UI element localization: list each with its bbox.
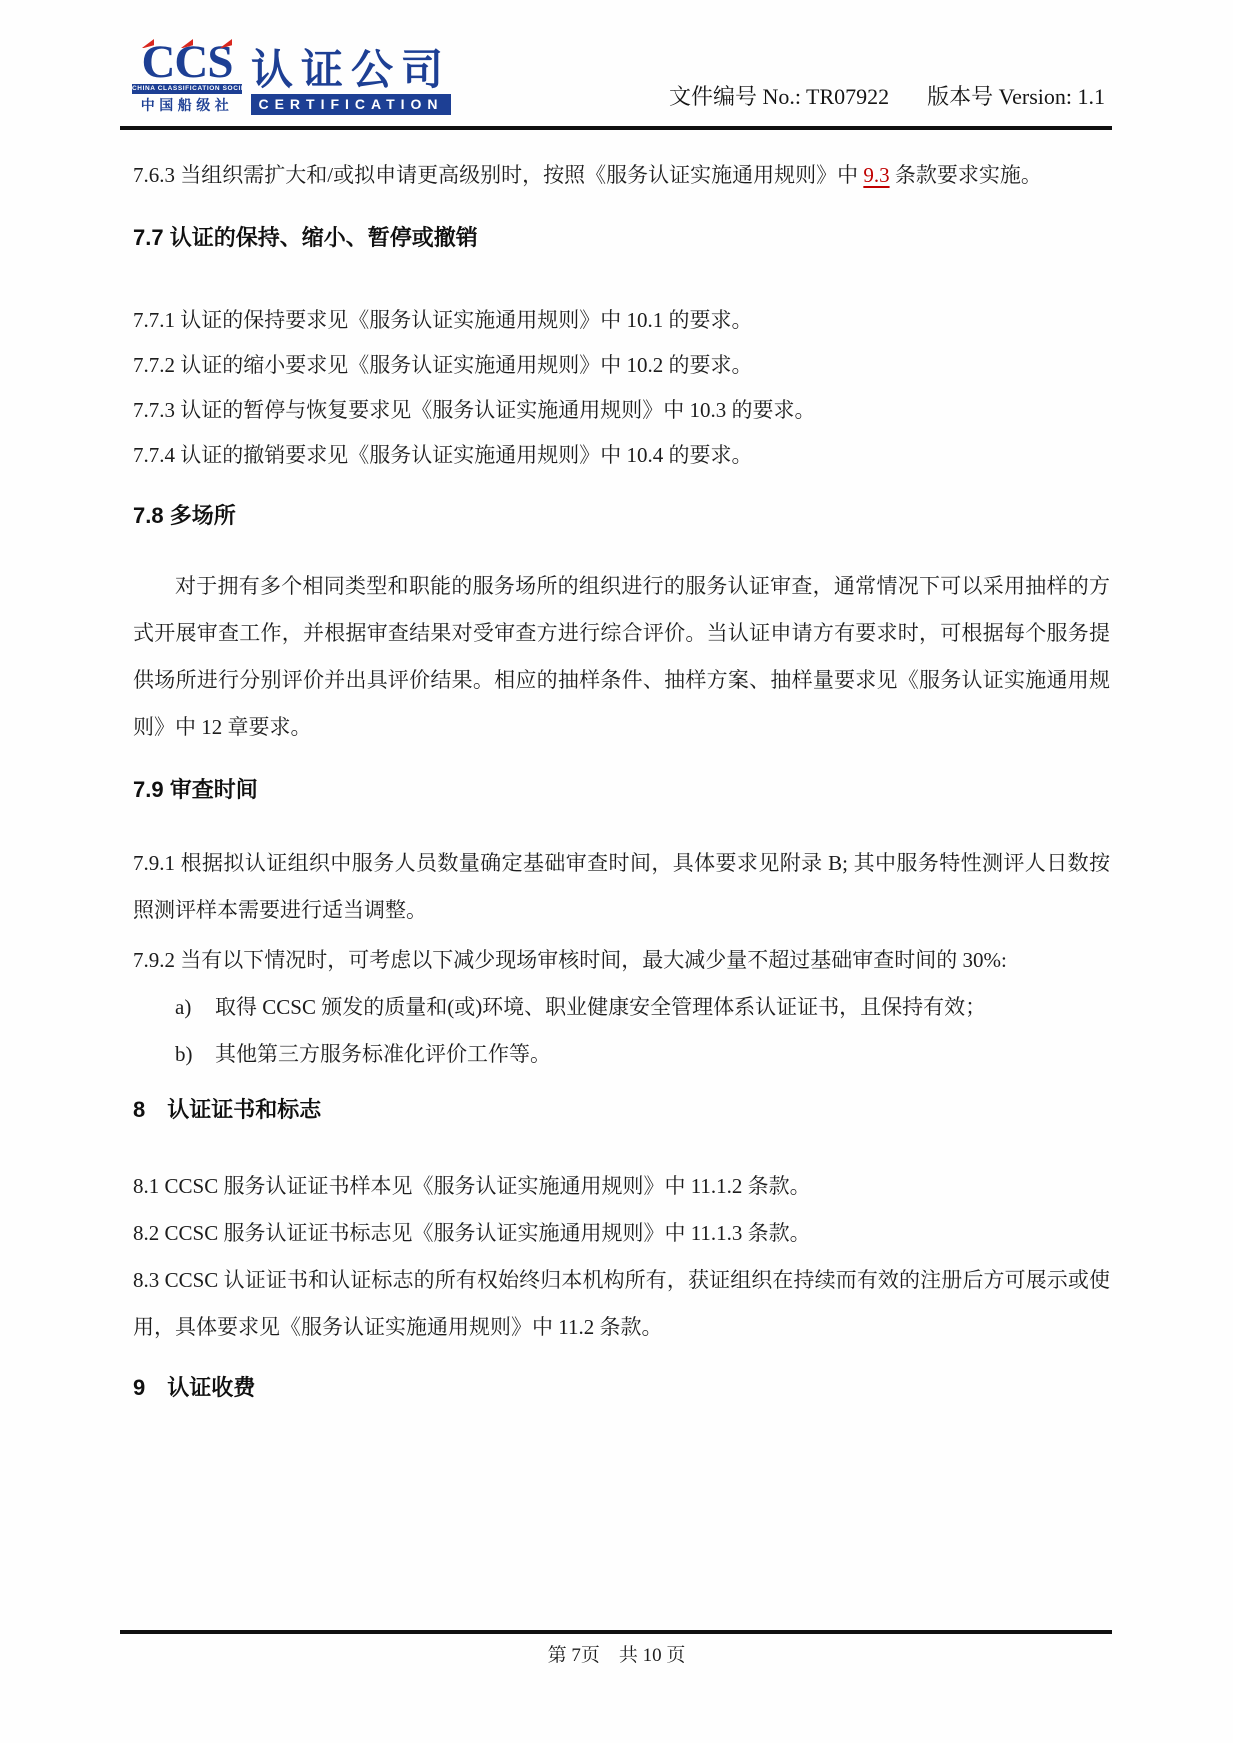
paragraph-7-6-3: 7.6.3 当组织需扩大和/或拟申请更高级别时，按照《服务认证实施通用规则》中 … <box>133 152 1110 199</box>
society-name-cn: 中国船级社 <box>132 95 242 115</box>
paragraph-7-6-3-text: 7.6.3 当组织需扩大和/或拟申请更高级别时，按照《服务认证实施通用规则》中 <box>133 163 863 187</box>
heading-7-7: 7.7 认证的保持、缩小、暂停或撤销 <box>133 223 1110 253</box>
paragraph-7-8: 对于拥有多个相同类型和职能的服务场所的组织进行的服务认证审查，通常情况下可以采用… <box>133 563 1110 751</box>
list-item-b-text: 其他第三方服务标准化评价工作等。 <box>215 1042 551 1066</box>
document-number: 文件编号 No.: TR07922 <box>669 80 889 111</box>
paragraph-7-6-3-suffix: 条款要求实施。 <box>890 163 1042 187</box>
heading-7-8: 7.8 多场所 <box>133 501 1110 531</box>
list-marker-b: b) <box>175 1031 193 1078</box>
list-item-a: a) 取得 CCSC 颁发的质量和(或)环境、职业健康安全管理体系认证证书，且保… <box>133 984 1110 1031</box>
list-item-b: b) 其他第三方服务标准化评价工作等。 <box>133 1031 1110 1078</box>
paragraph-7-7-4: 7.7.4 认证的撤销要求见《服务认证实施通用规则》中 10.4 的要求。 <box>133 433 1110 478</box>
document-page: CCS CHINA CLASSIFICATION SOCIETY 中国船级社 认… <box>0 0 1233 1743</box>
company-name-cn: 认证公司 <box>251 49 451 91</box>
ccs-logo-left: CCS CHINA CLASSIFICATION SOCIETY 中国船级社 <box>132 43 242 115</box>
clause-9-3-reference-link[interactable]: 9.3 <box>863 163 889 187</box>
society-name-en: CHINA CLASSIFICATION SOCIETY <box>132 84 242 94</box>
paragraph-7-7-3: 7.7.3 认证的暂停与恢复要求见《服务认证实施通用规则》中 10.3 的要求。 <box>133 388 1110 433</box>
paragraph-7-9-1: 7.9.1 根据拟认证组织中服务人员数量确定基础审查时间，具体要求见附录 B; … <box>133 840 1110 934</box>
footer-divider <box>120 1630 1112 1634</box>
list-item-a-text: 取得 CCSC 颁发的质量和(或)环境、职业健康安全管理体系认证证书，且保持有效… <box>215 995 986 1019</box>
paragraph-7-7-2: 7.7.2 认证的缩小要求见《服务认证实施通用规则》中 10.2 的要求。 <box>133 343 1110 388</box>
heading-8: 8 认证证书和标志 <box>133 1095 1110 1125</box>
ccs-accent-icon <box>220 39 232 48</box>
paragraph-8-3: 8.3 CCSC 认证证书和认证标志的所有权始终归本机构所有，获证组织在持续而有… <box>133 1257 1110 1351</box>
paragraph-7-7-1: 7.7.1 认证的保持要求见《服务认证实施通用规则》中 10.1 的要求。 <box>133 298 1110 343</box>
header-divider <box>120 126 1112 130</box>
list-marker-a: a) <box>175 984 191 1031</box>
document-body: 7.6.3 当组织需扩大和/或拟申请更高级别时，按照《服务认证实施通用规则》中 … <box>133 152 1110 1403</box>
page-number: 第 7页 共 10 页 <box>0 1640 1233 1667</box>
ccs-logo: CCS CHINA CLASSIFICATION SOCIETY 中国船级社 认… <box>132 43 451 115</box>
page-header: CCS CHINA CLASSIFICATION SOCIETY 中国船级社 认… <box>0 0 1233 131</box>
ccs-accent-icon <box>142 39 154 48</box>
ccs-logo-accents-icon <box>142 39 232 48</box>
ccs-logo-letters: CCS <box>132 43 242 82</box>
document-version: 版本号 Version: 1.1 <box>927 80 1105 111</box>
paragraph-7-9-2: 7.9.2 当有以下情况时，可考虑以下减少现场审核时间，最大减少量不超过基础审查… <box>133 937 1110 984</box>
paragraph-8-1: 8.1 CCSC 服务认证证书样本见《服务认证实施通用规则》中 11.1.2 条… <box>133 1163 1110 1210</box>
ccs-accent-icon <box>181 39 193 48</box>
document-meta: 文件编号 No.: TR07922 版本号 Version: 1.1 <box>669 80 1105 111</box>
certification-label: CERTIFICATION <box>251 94 451 115</box>
heading-7-9: 7.9 审查时间 <box>133 775 1110 805</box>
heading-9: 9 认证收费 <box>133 1373 1110 1403</box>
paragraph-8-2: 8.2 CCSC 服务认证证书标志见《服务认证实施通用规则》中 11.1.3 条… <box>133 1210 1110 1257</box>
ccs-logo-right: 认证公司 CERTIFICATION <box>251 49 451 115</box>
